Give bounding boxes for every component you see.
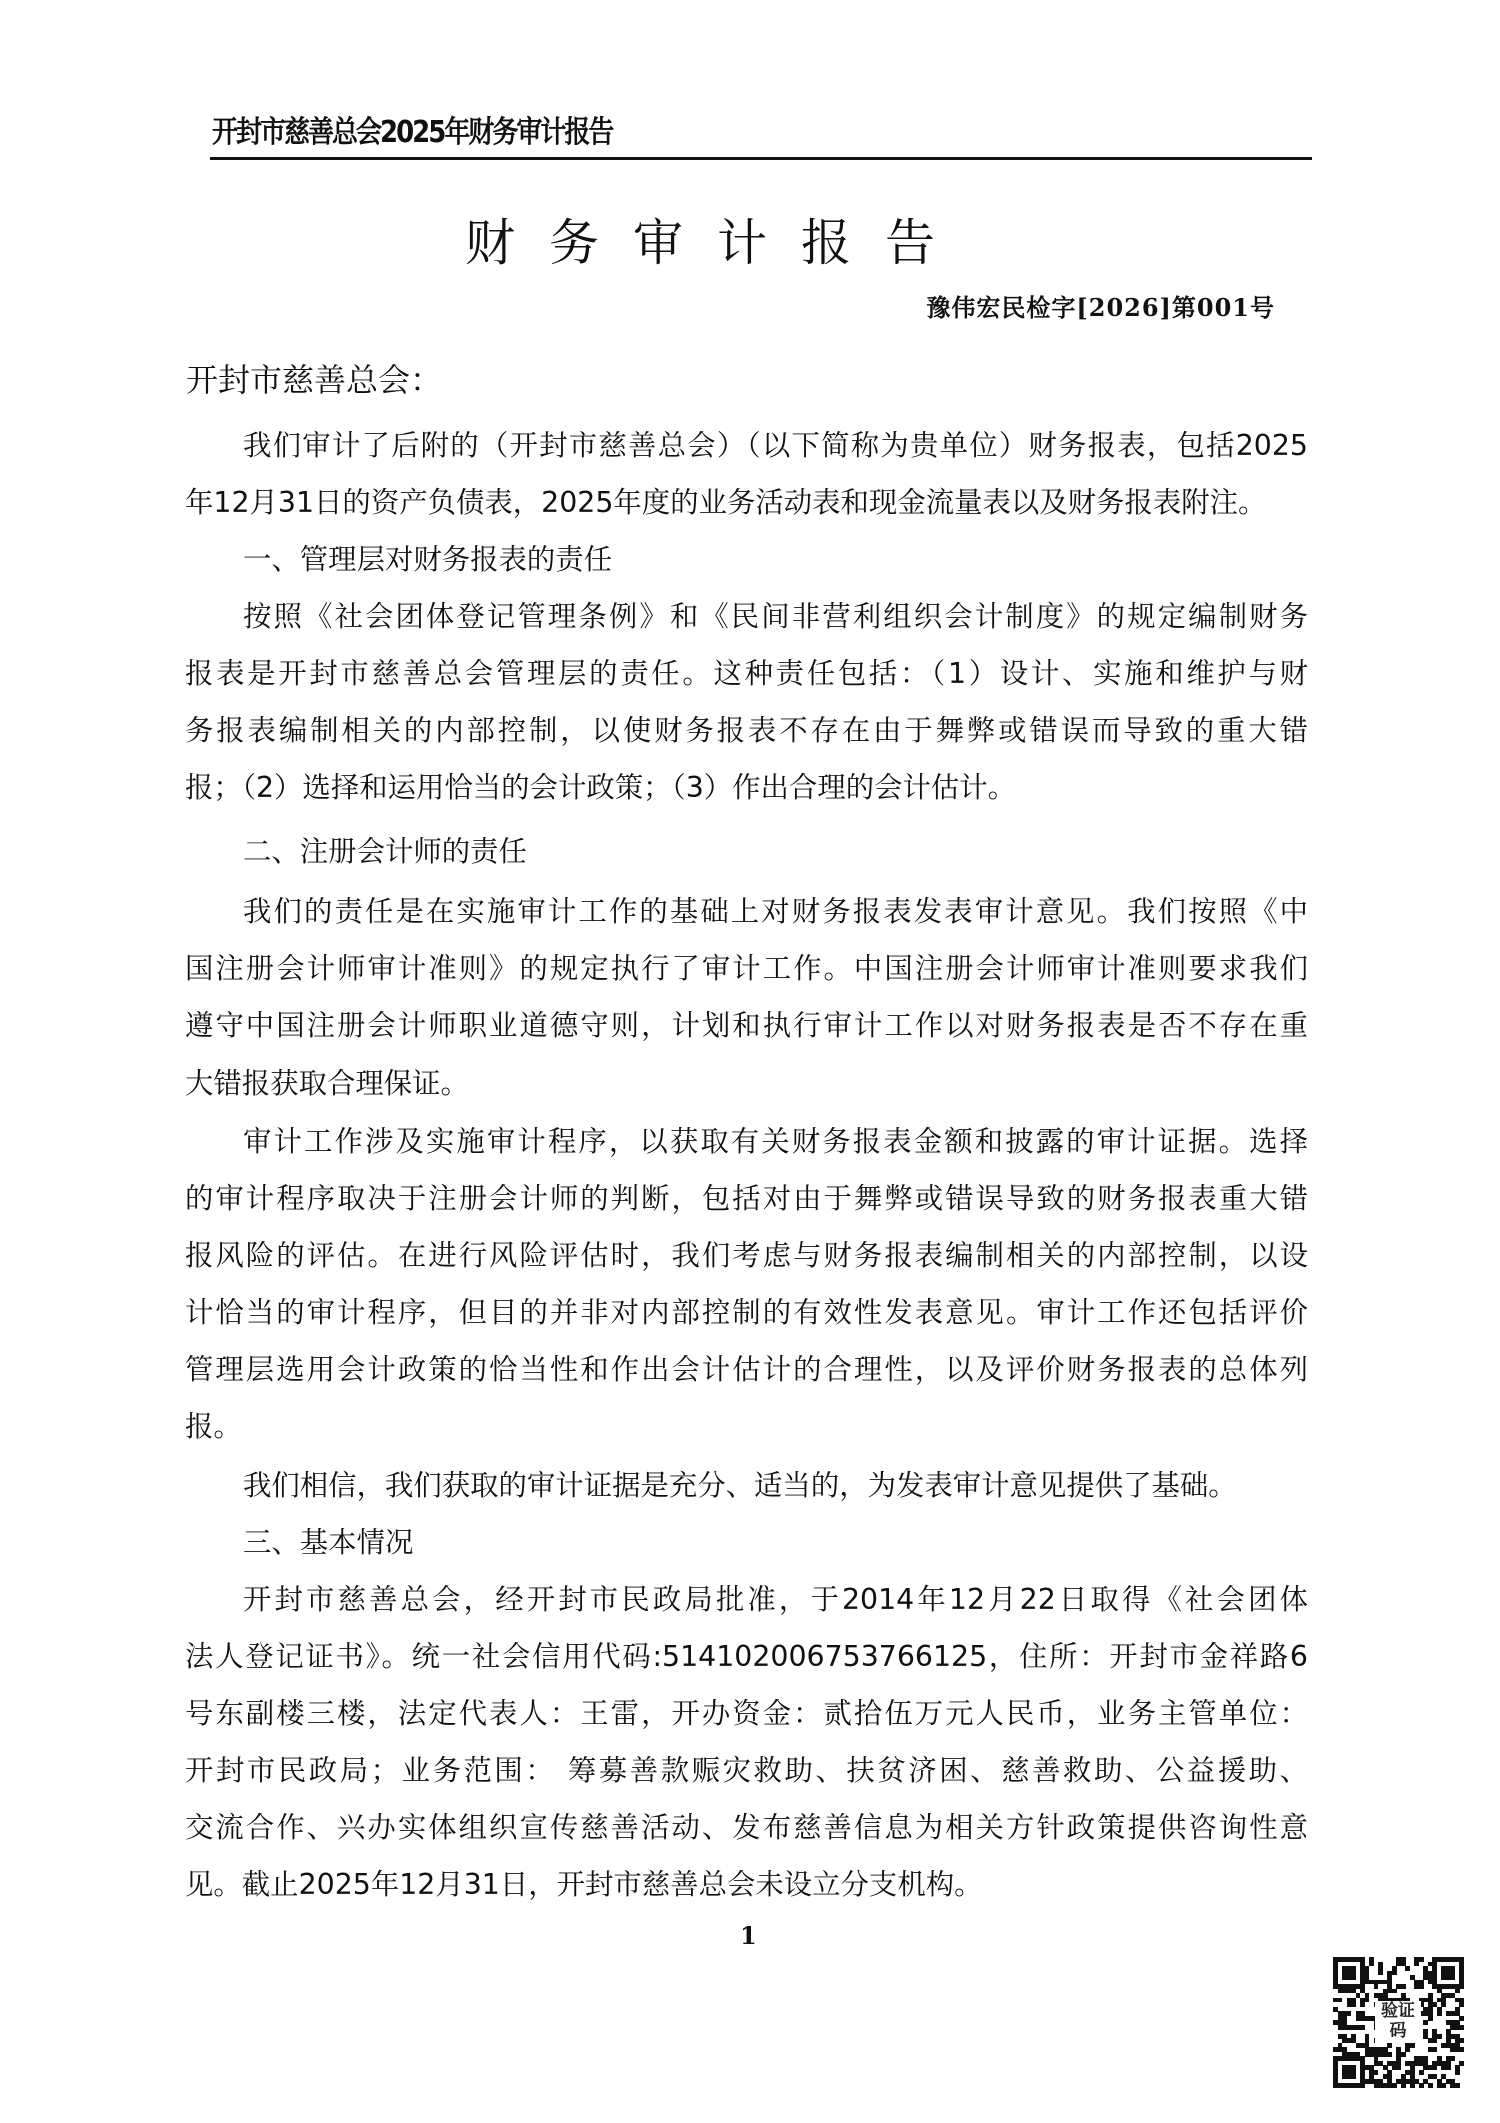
- qr-module: [1338, 1989, 1343, 1994]
- qr-module: [1365, 2052, 1370, 2057]
- qr-module: [1446, 2043, 1451, 2048]
- qr-module: [1419, 1984, 1424, 1989]
- qr-module: [1347, 2052, 1352, 2057]
- qr-module: [1432, 1962, 1437, 1967]
- qr-module: [1423, 2011, 1428, 2016]
- header-rule: [210, 157, 1312, 160]
- paragraph-line: 务报表编制相关的内部控制，以使财务报表不存在由于舞弊或错误而导致的重大错: [185, 717, 1308, 751]
- qr-module: [1378, 2047, 1383, 2052]
- qr-module: [1446, 2038, 1451, 2043]
- qr-module: [1437, 2079, 1442, 2084]
- qr-module: [1405, 1966, 1410, 1971]
- qr-module: [1410, 2043, 1415, 2048]
- qr-module: [1410, 2070, 1415, 2075]
- qr-module: [1333, 1962, 1338, 1967]
- qr-module: [1423, 2007, 1428, 2012]
- qr-module: [1387, 1980, 1392, 1985]
- qr-module: [1401, 2083, 1406, 2088]
- qr-module: [1333, 2079, 1338, 2084]
- qr-module: [1423, 1971, 1428, 1976]
- paragraph-line: 报；（2）选择和运用恰当的会计政策；（3）作出合理的会计估计。: [185, 774, 1016, 808]
- qr-module: [1446, 2079, 1451, 2084]
- qr-module: [1342, 2070, 1347, 2075]
- qr-module: [1365, 2038, 1370, 2043]
- qr-module: [1351, 2065, 1356, 2070]
- qr-verification-label: 验证 码: [1375, 2001, 1421, 2043]
- qr-module: [1351, 2034, 1356, 2039]
- qr-module: [1405, 2070, 1410, 2075]
- qr-module: [1347, 2056, 1352, 2061]
- qr-module: [1432, 2061, 1437, 2066]
- qr-module: [1414, 1957, 1419, 1962]
- qr-module: [1347, 2025, 1352, 2030]
- qr-module: [1383, 1980, 1388, 1985]
- qr-module: [1432, 1971, 1437, 1976]
- qr-module: [1401, 2079, 1406, 2084]
- qr-label-line2: 码: [1375, 2021, 1421, 2041]
- paragraph-line: 国注册会计师审计准则》的规定执行了审计工作。中国注册会计师审计准则要求我们: [185, 955, 1308, 989]
- qr-module: [1378, 1966, 1383, 1971]
- qr-module: [1360, 2011, 1365, 2016]
- qr-module: [1441, 2083, 1446, 2088]
- qr-module: [1387, 2070, 1392, 2075]
- qr-module: [1428, 2083, 1433, 2088]
- qr-module: [1338, 2034, 1343, 2039]
- qr-module: [1401, 2074, 1406, 2079]
- qr-module: [1378, 2079, 1383, 2084]
- qr-module: [1342, 2052, 1347, 2057]
- addressee: 开封市慈善总会：: [186, 364, 442, 396]
- qr-module: [1360, 1975, 1365, 1980]
- qr-module: [1360, 1971, 1365, 1976]
- qr-module: [1387, 2079, 1392, 2084]
- qr-module: [1419, 2061, 1424, 2066]
- qr-module: [1378, 1971, 1383, 1976]
- qr-module: [1374, 2079, 1379, 2084]
- qr-module: [1437, 1984, 1442, 1989]
- qr-module: [1338, 2047, 1343, 2052]
- qr-module: [1360, 2025, 1365, 2030]
- qr-module: [1374, 1984, 1379, 1989]
- qr-module: [1446, 2061, 1451, 2066]
- qr-module: [1446, 2029, 1451, 2034]
- qr-module: [1360, 2016, 1365, 2021]
- qr-module: [1360, 2056, 1365, 2061]
- qr-module: [1351, 2002, 1356, 2007]
- qr-module: [1347, 2011, 1352, 2016]
- qr-module: [1410, 1975, 1415, 1980]
- qr-module: [1455, 2011, 1460, 2016]
- qr-module: [1374, 2052, 1379, 2057]
- qr-module: [1365, 2016, 1370, 2021]
- qr-module: [1383, 2052, 1388, 2057]
- qr-module: [1446, 2065, 1451, 2070]
- qr-module: [1351, 1971, 1356, 1976]
- qr-module: [1356, 1957, 1361, 1962]
- paragraph-line: 交流合作、兴办实体组织宣传慈善活动、发布慈善信息为相关方针政策提供咨询性意: [185, 1814, 1308, 1848]
- qr-module: [1378, 1962, 1383, 1967]
- qr-module: [1383, 1993, 1388, 1998]
- qr-module: [1450, 1993, 1455, 1998]
- qr-module: [1378, 1980, 1383, 1985]
- qr-module: [1351, 2083, 1356, 2088]
- qr-module: [1338, 2083, 1343, 2088]
- qr-module: [1455, 2007, 1460, 2012]
- paragraph-line: 报表是开封市慈善总会管理层的责任。这种责任包括：（1）设计、实施和维护与财: [185, 660, 1308, 694]
- qr-module: [1360, 2079, 1365, 2084]
- qr-module: [1446, 2011, 1451, 2016]
- qr-module: [1410, 2079, 1415, 2084]
- qr-module: [1338, 2043, 1343, 2048]
- qr-module: [1419, 2070, 1424, 2075]
- qr-module: [1387, 1971, 1392, 1976]
- qr-module: [1387, 1984, 1392, 1989]
- qr-module: [1374, 2047, 1379, 2052]
- qr-module: [1392, 2061, 1397, 2066]
- qr-module: [1360, 2070, 1365, 2075]
- qr-module: [1455, 2070, 1460, 2075]
- qr-module: [1387, 2052, 1392, 2057]
- qr-module: [1342, 2011, 1347, 2016]
- qr-module: [1342, 2083, 1347, 2088]
- qr-module: [1342, 2038, 1347, 2043]
- qr-module: [1333, 2020, 1338, 2025]
- qr-module: [1338, 2020, 1343, 2025]
- paragraph-line: 审计工作涉及实施审计程序，以获取有关财务报表金额和披露的审计证据。选择: [243, 1128, 1308, 1162]
- qr-module: [1423, 1975, 1428, 1980]
- qr-module: [1333, 1957, 1338, 1962]
- qr-module: [1428, 2002, 1433, 2007]
- paragraph-line: 遵守中国注册会计师职业道德守则，计划和执行审计工作以对财务报表是否不存在重: [185, 1012, 1308, 1046]
- qr-module: [1459, 1957, 1464, 1962]
- qr-module: [1356, 1984, 1361, 1989]
- qr-module: [1396, 2052, 1401, 2057]
- qr-module: [1455, 2083, 1460, 2088]
- qr-module: [1365, 1993, 1370, 1998]
- qr-module: [1423, 2079, 1428, 2084]
- qr-module: [1369, 2079, 1374, 2084]
- qr-module: [1401, 1962, 1406, 1967]
- paragraph-line: 我们的责任是在实施审计工作的基础上对财务报表发表审计意见。我们按照《中: [243, 898, 1308, 932]
- qr-module: [1459, 1966, 1464, 1971]
- qr-module: [1347, 2002, 1352, 2007]
- qr-module: [1347, 2038, 1352, 2043]
- qr-module: [1387, 2061, 1392, 2066]
- qr-module: [1459, 2038, 1464, 2043]
- verification-qr-code[interactable]: 验证 码: [1333, 1957, 1464, 2088]
- qr-module: [1342, 1989, 1347, 1994]
- qr-module: [1441, 2074, 1446, 2079]
- qr-module: [1360, 2002, 1365, 2007]
- qr-module: [1405, 2043, 1410, 2048]
- qr-module: [1347, 1989, 1352, 1994]
- qr-module: [1455, 1984, 1460, 1989]
- qr-module: [1428, 2074, 1433, 2079]
- paragraph-line: 年12月31日的资产负债表，2025年度的业务活动表和现金流量表以及财务报表附注…: [185, 489, 1266, 523]
- qr-module: [1450, 2025, 1455, 2030]
- qr-module: [1459, 1971, 1464, 1976]
- qr-module: [1428, 2038, 1433, 2043]
- qr-module: [1450, 1971, 1455, 1976]
- qr-module: [1360, 2083, 1365, 2088]
- running-header: 开封市慈善总会2025年财务审计报告: [212, 118, 612, 148]
- qr-module: [1455, 1957, 1460, 1962]
- qr-module: [1459, 2002, 1464, 2007]
- qr-module: [1446, 1993, 1451, 1998]
- qr-module: [1428, 1993, 1433, 1998]
- qr-module: [1423, 2061, 1428, 2066]
- qr-module: [1392, 1971, 1397, 1976]
- qr-module: [1387, 1975, 1392, 1980]
- qr-module: [1446, 1966, 1451, 1971]
- qr-module: [1365, 1998, 1370, 2003]
- qr-module: [1365, 2047, 1370, 2052]
- qr-module: [1432, 1966, 1437, 1971]
- qr-module: [1437, 2034, 1442, 2039]
- qr-module: [1423, 1998, 1428, 2003]
- qr-module: [1455, 2065, 1460, 2070]
- qr-module: [1405, 2079, 1410, 2084]
- qr-module: [1414, 1962, 1419, 1967]
- paragraph-line: 法人登记证书》。统一社会信用代码:514102006753766125，住所：开…: [185, 1643, 1308, 1677]
- qr-module: [1365, 1966, 1370, 1971]
- qr-module: [1428, 2007, 1433, 2012]
- qr-module: [1347, 1984, 1352, 1989]
- paragraph-line: 大错报获取合理保证。: [185, 1070, 469, 1104]
- qr-module: [1450, 2034, 1455, 2039]
- qr-module: [1338, 2011, 1343, 2016]
- qr-module: [1437, 1957, 1442, 1962]
- qr-module: [1333, 2056, 1338, 2061]
- qr-module: [1351, 2052, 1356, 2057]
- qr-module: [1450, 1966, 1455, 1971]
- qr-module: [1351, 2070, 1356, 2075]
- qr-module: [1423, 2056, 1428, 2061]
- qr-module: [1396, 2056, 1401, 2061]
- qr-module: [1338, 2016, 1343, 2021]
- qr-module: [1432, 1984, 1437, 1989]
- section-heading: 三、基本情况: [243, 1529, 413, 1563]
- qr-module: [1351, 2074, 1356, 2079]
- qr-module: [1374, 2056, 1379, 2061]
- qr-module: [1338, 1984, 1343, 1989]
- qr-module: [1360, 1989, 1365, 1994]
- qr-module: [1374, 1993, 1379, 1998]
- qr-module: [1365, 2043, 1370, 2048]
- qr-module: [1369, 1980, 1374, 1985]
- qr-module: [1392, 2065, 1397, 2070]
- qr-module: [1333, 1984, 1338, 1989]
- qr-module: [1459, 2016, 1464, 2021]
- qr-module: [1441, 1971, 1446, 1976]
- qr-module: [1347, 1975, 1352, 1980]
- qr-module: [1378, 1993, 1383, 1998]
- qr-module: [1333, 2074, 1338, 2079]
- qr-module: [1333, 1975, 1338, 1980]
- qr-module: [1338, 1998, 1343, 2003]
- qr-module: [1459, 1962, 1464, 1967]
- qr-module: [1428, 2011, 1433, 2016]
- qr-module: [1342, 2056, 1347, 2061]
- qr-module: [1423, 2020, 1428, 2025]
- qr-module: [1455, 2047, 1460, 2052]
- qr-module: [1432, 2074, 1437, 2079]
- qr-module: [1360, 2074, 1365, 2079]
- qr-module: [1365, 1980, 1370, 1985]
- qr-module: [1437, 2056, 1442, 2061]
- qr-module: [1360, 1957, 1365, 1962]
- qr-module: [1360, 1966, 1365, 1971]
- qr-module: [1446, 1971, 1451, 1976]
- qr-module: [1333, 2061, 1338, 2066]
- qr-module: [1419, 2083, 1424, 2088]
- qr-module: [1423, 2065, 1428, 2070]
- qr-module: [1333, 2065, 1338, 2070]
- qr-module: [1369, 2052, 1374, 2057]
- paragraph-line: 计恰当的审计程序，但目的并非对内部控制的有效性发表意见。审计工作还包括评价: [185, 1299, 1308, 1333]
- paragraph-line: 报。: [185, 1413, 242, 1447]
- qr-module: [1437, 1998, 1442, 2003]
- qr-module: [1342, 2065, 1347, 2070]
- qr-module: [1396, 1984, 1401, 1989]
- qr-module: [1446, 1975, 1451, 1980]
- qr-module: [1356, 2056, 1361, 2061]
- qr-module: [1383, 2074, 1388, 2079]
- qr-module: [1459, 2047, 1464, 2052]
- qr-module: [1351, 1957, 1356, 1962]
- qr-module: [1342, 2020, 1347, 2025]
- qr-module: [1360, 1998, 1365, 2003]
- qr-module: [1432, 2029, 1437, 2034]
- qr-module: [1374, 2061, 1379, 2066]
- qr-module: [1419, 1957, 1424, 1962]
- qr-module: [1450, 2020, 1455, 2025]
- qr-module: [1392, 1966, 1397, 1971]
- qr-module: [1450, 1957, 1455, 1962]
- qr-module: [1428, 1962, 1433, 1967]
- qr-module: [1356, 2083, 1361, 2088]
- qr-module: [1455, 2020, 1460, 2025]
- qr-module: [1351, 2056, 1356, 2061]
- qr-module: [1356, 2025, 1361, 2030]
- qr-module: [1446, 2020, 1451, 2025]
- qr-module: [1333, 1971, 1338, 1976]
- qr-module: [1450, 2056, 1455, 2061]
- qr-module: [1360, 1980, 1365, 1985]
- paragraph-line: 报风险的评估。在进行风险评估时，我们考虑与财务报表编制相关的内部控制，以设: [185, 1242, 1308, 1276]
- qr-module: [1401, 1957, 1406, 1962]
- qr-module: [1347, 1966, 1352, 1971]
- qr-module: [1441, 2061, 1446, 2066]
- qr-module: [1441, 1998, 1446, 2003]
- qr-module: [1369, 2047, 1374, 2052]
- qr-module: [1378, 2061, 1383, 2066]
- qr-module: [1369, 2074, 1374, 2079]
- qr-module: [1396, 2061, 1401, 2066]
- qr-module: [1342, 1971, 1347, 1976]
- qr-module: [1410, 2074, 1415, 2079]
- qr-module: [1365, 2034, 1370, 2039]
- qr-module: [1360, 2043, 1365, 2048]
- qr-module: [1446, 2034, 1451, 2039]
- qr-module: [1419, 1980, 1424, 1985]
- qr-module: [1450, 2047, 1455, 2052]
- qr-module: [1414, 2061, 1419, 2066]
- qr-module: [1396, 2079, 1401, 2084]
- qr-module: [1342, 2016, 1347, 2021]
- qr-module: [1455, 2038, 1460, 2043]
- qr-module: [1455, 2025, 1460, 2030]
- qr-module: [1419, 2056, 1424, 2061]
- qr-module: [1401, 1984, 1406, 1989]
- qr-module: [1365, 1971, 1370, 1976]
- qr-module: [1428, 2016, 1433, 2021]
- qr-module: [1374, 2070, 1379, 2075]
- qr-module: [1428, 2047, 1433, 2052]
- reference-number: 豫伟宏民检字[2026]第001号: [926, 296, 1275, 320]
- qr-module: [1333, 2070, 1338, 2075]
- qr-module: [1342, 1957, 1347, 1962]
- qr-module: [1356, 2011, 1361, 2016]
- qr-module: [1347, 2070, 1352, 2075]
- qr-module: [1360, 1984, 1365, 1989]
- qr-module: [1342, 1984, 1347, 1989]
- qr-module: [1369, 1957, 1374, 1962]
- qr-module: [1360, 1962, 1365, 1967]
- qr-module: [1441, 2065, 1446, 2070]
- qr-module: [1356, 2043, 1361, 2048]
- qr-module: [1360, 2061, 1365, 2066]
- qr-module: [1338, 2025, 1343, 2030]
- qr-module: [1432, 1975, 1437, 1980]
- qr-module: [1338, 1957, 1343, 1962]
- qr-module: [1387, 2083, 1392, 2088]
- qr-module: [1383, 2047, 1388, 2052]
- qr-module: [1405, 2061, 1410, 2066]
- qr-module: [1423, 2034, 1428, 2039]
- qr-module: [1432, 2047, 1437, 2052]
- qr-module: [1342, 2047, 1347, 2052]
- qr-module: [1333, 2007, 1338, 2012]
- qr-module: [1432, 2034, 1437, 2039]
- qr-module: [1432, 1980, 1437, 1985]
- qr-module: [1432, 1957, 1437, 1962]
- qr-module: [1356, 1993, 1361, 1998]
- qr-module: [1351, 2038, 1356, 2043]
- qr-module: [1437, 2061, 1442, 2066]
- qr-module: [1432, 2038, 1437, 2043]
- qr-module: [1450, 2043, 1455, 2048]
- qr-module: [1356, 2016, 1361, 2021]
- qr-module: [1369, 2065, 1374, 2070]
- qr-module: [1446, 2056, 1451, 2061]
- qr-module: [1414, 1980, 1419, 1985]
- qr-module: [1351, 1984, 1356, 1989]
- qr-module: [1450, 2083, 1455, 2088]
- qr-module: [1374, 1980, 1379, 1985]
- qr-module: [1450, 2079, 1455, 2084]
- document-title: 财务审计报告: [465, 218, 969, 268]
- qr-module: [1455, 2043, 1460, 2048]
- paragraph-line: 开封市民政局；业务范围： 筹募善款赈灾救助、扶贫济困、慈善救助、公益援助、: [185, 1757, 1308, 1791]
- qr-module: [1387, 2043, 1392, 2048]
- qr-module: [1338, 2056, 1343, 2061]
- paragraph-line: 号东副楼三楼，法定代表人：王雷，开办资金：贰拾伍万元人民币，业务主管单位：: [185, 1700, 1308, 1734]
- qr-module: [1437, 2011, 1442, 2016]
- qr-module: [1459, 2061, 1464, 2066]
- qr-module: [1347, 2083, 1352, 2088]
- qr-module: [1347, 1957, 1352, 1962]
